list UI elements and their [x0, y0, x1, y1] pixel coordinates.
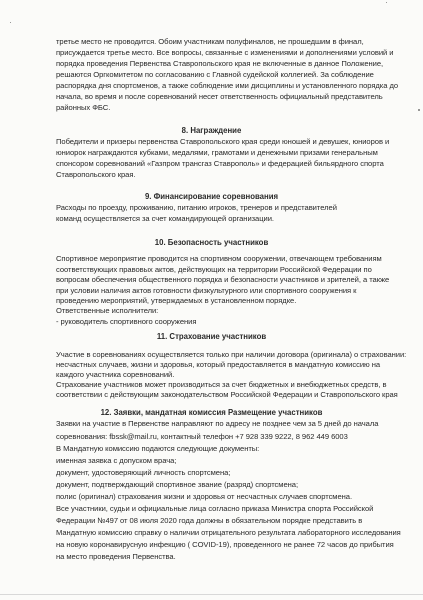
section-line: Все участники, судьи и официальные лица … [56, 504, 373, 514]
section-heading-safety: 10. Безопасность участников [0, 238, 423, 248]
section-line: на место проведения Первенства. [56, 552, 176, 562]
section-line: юниорок награждаются кубками, медалями, … [56, 148, 378, 158]
section-line: Участие в соревнованиях осуществляется т… [56, 350, 406, 360]
scan-speck [10, 22, 11, 23]
section-line: Ставропольского края. [56, 170, 135, 180]
section-heading-applications: 12. Заявки, мандатная комиссия Размещени… [0, 408, 423, 418]
section-line: Страхование участников может производить… [56, 380, 386, 390]
section-line: - руководитель спортивного сооружения [56, 317, 196, 327]
section-line: Заявки на участие в Первенстве направляю… [56, 419, 378, 429]
section-line: В Мандатную комиссию подаются следующие … [56, 444, 259, 454]
scan-speck [386, 2, 387, 3]
section-line: Федерации №497 от 08 июля 2020 года долж… [56, 516, 362, 526]
intro-line: начала, во время и после соревнований не… [56, 92, 383, 102]
intro-line: распорядка дня спортсменов, а также собл… [56, 81, 398, 91]
intro-line: порядка проведения Первенства Ставрополь… [56, 59, 383, 69]
section-line: Спортивное мероприятие проводится на спо… [56, 254, 382, 264]
section-heading-insurance: 11. Страхование участников [0, 332, 423, 342]
section-heading-awards: 8. Награждение [0, 126, 423, 136]
intro-line: районных ФБС. [56, 103, 110, 113]
section-line: документ, подтверждающий спортивное зван… [56, 480, 298, 490]
intro-line: третье место не проводится. Обоим участн… [56, 37, 364, 47]
section-line: именная заявка с допуском врача; [56, 456, 176, 466]
section-line: проведению мероприятий, утверждаемых в у… [56, 296, 296, 306]
scan-speck [418, 109, 420, 111]
section-line: Ответственные исполнители: [56, 306, 158, 316]
section-line: Мандатную комиссию справку о наличии отр… [56, 528, 401, 538]
section-line: документ, удостоверяющий личность спортс… [56, 468, 230, 478]
section-line: каждого участника соревнований. [56, 370, 174, 380]
section-line: на новую коронавирусную инфекцию ( COVID… [56, 540, 394, 550]
page-edge [0, 594, 423, 595]
section-line: соответствии с действующим законодательс… [56, 390, 398, 400]
section-line: команд осуществляется за счет командирую… [56, 214, 274, 224]
section-heading-financing: 9. Финансирование соревнования [0, 192, 423, 202]
section-line: Расходы по проезду, проживанию, питанию … [56, 203, 337, 213]
section-line: вопросам обеспечения общественного поряд… [56, 275, 389, 285]
section-line: Победители и призеры первенства Ставропо… [56, 137, 389, 147]
document-page: третье место не проводится. Обоим участн… [0, 0, 423, 600]
intro-line: решаются Оргкомитетом по согласованию с … [56, 70, 374, 80]
section-line: соревнования: fbssk@mail.ru, контактный … [56, 432, 348, 442]
section-line: полис (оригинал) страхования жизни и здо… [56, 492, 352, 502]
section-line: спонсором соревнований «Газпром трансгаз… [56, 159, 384, 169]
section-line: соответствующих правовых актов, действую… [56, 265, 372, 275]
section-line: при условии наличия актов готовности физ… [56, 286, 356, 296]
section-line: несчастных случаев, жизни и здоровья, ко… [56, 360, 380, 370]
intro-line: присуждается третье место. Все вопросы, … [56, 48, 394, 58]
